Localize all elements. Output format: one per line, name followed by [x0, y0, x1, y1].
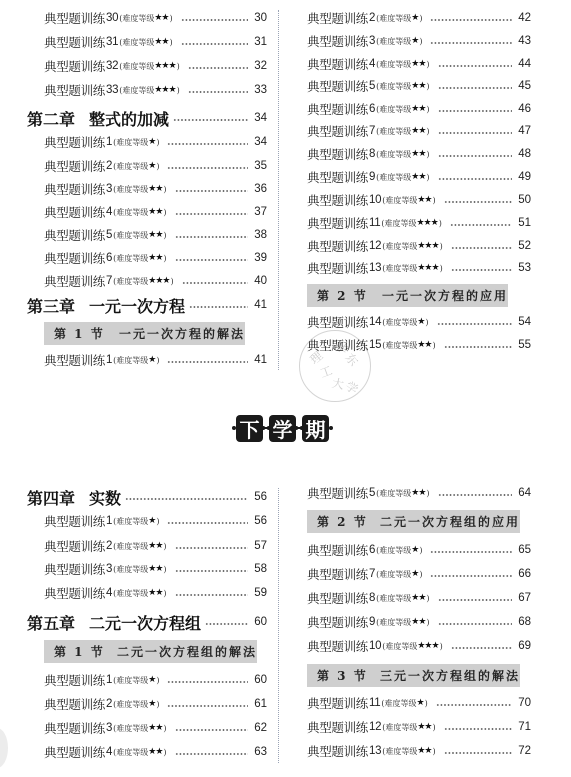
difficulty-label: (难度等级 [113, 207, 148, 218]
difficulty-label: (难度等级 [382, 241, 417, 252]
difficulty-close: ) [419, 14, 422, 23]
difficulty-label: (难度等级 [113, 541, 148, 552]
difficulty-close: ) [156, 162, 159, 171]
difficulty-stars: ★★ [154, 13, 168, 23]
difficulty-close: ) [440, 642, 443, 651]
page-number: 41 [254, 299, 267, 311]
section-heading[interactable]: 第 3 节三元一次方程组的解法 [307, 664, 520, 687]
toc-item[interactable]: 典型题训练4(难度等级★★)44 [307, 54, 531, 74]
chapter-number: 第二章 [27, 107, 75, 130]
page-number: 46 [518, 103, 531, 115]
dot-leader [438, 178, 513, 180]
item-number: 12 [369, 240, 381, 252]
difficulty-label: (难度等级 [119, 37, 154, 48]
dot-leader [438, 110, 513, 112]
dot-leader [437, 323, 513, 325]
section-number: 第 2 节 [317, 513, 368, 530]
difficulty-label: (难度等级 [119, 13, 154, 24]
difficulty-close: ) [426, 150, 429, 159]
section-title: 三元一次方程组的解法 [380, 667, 520, 684]
difficulty-stars: ★★ [148, 588, 162, 598]
page-number: 66 [518, 568, 531, 580]
item-number: 1 [106, 515, 112, 527]
section-title: 二元一次方程组的应用 [380, 513, 520, 530]
difficulty-stars: ★★ [411, 126, 425, 136]
section-number: 第 1 节 [54, 643, 105, 660]
item-title: 典型题训练 [44, 272, 105, 290]
item-number: 10 [369, 640, 381, 652]
difficulty-stars: ★ [148, 699, 155, 709]
section-heading[interactable]: 第 2 节一元一次方程的应用 [307, 284, 508, 307]
dot-leader [175, 190, 249, 192]
difficulty-stars: ★★ [411, 172, 425, 182]
difficulty-close: ) [419, 546, 422, 555]
difficulty-close: ) [163, 542, 166, 551]
difficulty-label: (难度等级 [113, 355, 148, 366]
difficulty-close: ) [163, 208, 166, 217]
page-number: 64 [518, 487, 531, 499]
difficulty-close: ) [426, 82, 429, 91]
dot-leader [175, 753, 249, 755]
dot-leader [175, 570, 249, 572]
page-number: 56 [254, 515, 267, 527]
toc-item[interactable]: 典型题训练1(难度等级★)60 [44, 670, 267, 690]
item-number: 4 [106, 587, 112, 599]
difficulty-label: (难度等级 [376, 13, 411, 24]
toc-item[interactable]: 典型题训练7(难度等级★★★)40 [44, 271, 267, 291]
difficulty-label: (难度等级 [113, 516, 148, 527]
item-title: 典型题训练 [44, 249, 105, 267]
difficulty-close: ) [425, 318, 428, 327]
item-title: 典型题训练 [44, 226, 105, 244]
difficulty-label: (难度等级 [376, 172, 411, 183]
difficulty-stars: ★ [417, 317, 424, 327]
difficulty-close: ) [439, 219, 442, 228]
difficulty-label: (难度等级 [376, 488, 411, 499]
difficulty-close: ) [419, 37, 422, 46]
dot-leader [450, 224, 512, 226]
toc-item[interactable]: 典型题训练33(难度等级★★★)33 [44, 80, 267, 100]
item-title: 典型题训练 [307, 214, 368, 232]
toc-item[interactable]: 典型题训练12(难度等级★★)71 [307, 717, 531, 737]
item-number: 12 [369, 721, 381, 733]
difficulty-label: (难度等级 [382, 195, 417, 206]
toc-item[interactable]: 典型题训练3(难度等级★★)36 [44, 179, 267, 199]
toc-item[interactable]: 典型题训练2(难度等级★)42 [307, 8, 531, 28]
item-number: 13 [369, 262, 381, 274]
page-number: 55 [518, 339, 531, 351]
chapter-title: 整式的加减 [89, 107, 169, 130]
difficulty-close: ) [419, 570, 422, 579]
item-title: 典型题训练 [44, 584, 105, 602]
dot-leader [444, 728, 513, 730]
item-number: 2 [106, 160, 112, 172]
item-title: 典型题训练 [44, 33, 105, 51]
page-number: 30 [254, 12, 267, 24]
chapter-entry[interactable]: 第二章整式的加减34 [27, 108, 267, 128]
difficulty-stars: ★★ [411, 593, 425, 603]
difficulty-close: ) [426, 489, 429, 498]
difficulty-close: ) [169, 38, 172, 47]
item-title: 典型题训练 [307, 742, 368, 760]
dot-leader [188, 67, 249, 69]
toc-item[interactable]: 典型题训练13(难度等级★★★)53 [307, 258, 531, 278]
page-number: 41 [254, 354, 267, 366]
dot-leader [438, 65, 513, 67]
difficulty-close: ) [156, 356, 159, 365]
toc-item[interactable]: 典型题训练31(难度等级★★)31 [44, 32, 267, 52]
chapter-entry[interactable]: 第三章一元一次方程41 [27, 295, 267, 315]
difficulty-stars: ★ [411, 36, 418, 46]
toc-item[interactable]: 典型题训练3(难度等级★★)58 [44, 559, 267, 579]
difficulty-close: ) [163, 231, 166, 240]
difficulty-stars: ★★ [411, 488, 425, 498]
page-number: 45 [518, 80, 531, 92]
toc-item[interactable]: 典型题训练9(难度等级★★)68 [307, 612, 531, 632]
toc-item[interactable]: 典型题训练6(难度等级★★)46 [307, 99, 531, 119]
toc-item[interactable]: 典型题训练1(难度等级★)34 [44, 132, 267, 152]
toc-item[interactable]: 典型题训练32(难度等级★★★)32 [44, 56, 267, 76]
toc-item[interactable]: 典型题训练6(难度等级★)65 [307, 540, 531, 560]
item-title: 典型题训练 [307, 313, 368, 331]
difficulty-label: (难度等级 [376, 149, 411, 160]
toc-item[interactable]: 典型题训练11(难度等级★)70 [307, 693, 531, 713]
column-divider-top [278, 10, 279, 370]
page-number: 36 [254, 183, 267, 195]
difficulty-stars: ★★ [148, 230, 162, 240]
difficulty-label: (难度等级 [376, 59, 411, 70]
item-title: 典型题训练 [44, 671, 105, 689]
page-corner-shadow [0, 728, 8, 768]
chapter-number: 第五章 [27, 611, 75, 634]
item-number: 7 [106, 275, 112, 287]
item-title: 典型题训练 [307, 237, 368, 255]
difficulty-stars: ★★ [417, 722, 431, 732]
column-divider-bottom [278, 488, 279, 763]
item-title: 典型题训练 [44, 695, 105, 713]
page-number: 69 [518, 640, 531, 652]
toc-item[interactable]: 典型题训练13(难度等级★★)72 [307, 741, 531, 761]
item-title: 典型题训练 [44, 9, 105, 27]
difficulty-label: (难度等级 [119, 61, 154, 72]
difficulty-close: ) [163, 589, 166, 598]
item-number: 3 [106, 563, 112, 575]
toc-item[interactable]: 典型题训练9(难度等级★★)49 [307, 167, 531, 187]
toc-item[interactable]: 典型题训练12(难度等级★★★)52 [307, 236, 531, 256]
item-title: 典型题训练 [307, 191, 368, 209]
item-number: 1 [106, 354, 112, 366]
difficulty-stars: ★★ [148, 541, 162, 551]
section-number: 第 3 节 [317, 667, 368, 684]
toc-item[interactable]: 典型题训练2(难度等级★)35 [44, 156, 267, 176]
difficulty-stars: ★★★ [417, 241, 438, 251]
difficulty-stars: ★★★ [148, 276, 169, 286]
dot-leader [167, 167, 248, 169]
item-title: 典型题训练 [307, 122, 368, 140]
page-number: 59 [254, 587, 267, 599]
chapter-title: 实数 [89, 486, 121, 509]
toc-item[interactable]: 典型题训练6(难度等级★★)39 [44, 248, 267, 268]
chapter-entry[interactable]: 第四章实数56 [27, 487, 267, 507]
section-number: 第 2 节 [317, 287, 368, 304]
item-title: 典型题训练 [44, 719, 105, 737]
section-heading[interactable]: 第 1 节一元一次方程的解法 [44, 322, 245, 345]
dot-leader [173, 119, 248, 121]
toc-item[interactable]: 典型题训练8(难度等级★★)48 [307, 144, 531, 164]
banner-endcap [329, 426, 333, 430]
page-number: 40 [254, 275, 267, 287]
dot-leader [175, 729, 249, 731]
toc-item[interactable]: 典型题训练14(难度等级★)54 [307, 312, 531, 332]
page-number: 39 [254, 252, 267, 264]
dot-leader [451, 647, 513, 649]
dot-leader [444, 201, 513, 203]
toc-item[interactable]: 典型题训练5(难度等级★★)45 [307, 76, 531, 96]
page-number: 72 [518, 745, 531, 757]
item-number: 2 [106, 698, 112, 710]
item-number: 9 [369, 171, 375, 183]
toc-item[interactable]: 典型题训练3(难度等级★)43 [307, 31, 531, 51]
dot-leader [181, 43, 249, 45]
toc-item[interactable]: 典型题训练1(难度等级★)56 [44, 511, 267, 531]
page-number: 32 [254, 60, 267, 72]
difficulty-stars: ★★ [148, 253, 162, 263]
page-number: 61 [254, 698, 267, 710]
page-number: 51 [518, 217, 531, 229]
difficulty-stars: ★★ [411, 59, 425, 69]
toc-item[interactable]: 典型题训练1(难度等级★)41 [44, 350, 267, 370]
item-number: 5 [369, 487, 375, 499]
dot-leader [438, 494, 513, 496]
dot-leader [438, 87, 513, 89]
difficulty-label: (难度等级 [376, 593, 411, 604]
difficulty-stars: ★★ [148, 207, 162, 217]
difficulty-stars: ★ [411, 13, 418, 23]
item-title: 典型题训练 [307, 541, 368, 559]
difficulty-stars: ★★ [148, 747, 162, 757]
page-number: 67 [518, 592, 531, 604]
item-title: 典型题训练 [44, 81, 105, 99]
toc-item[interactable]: 典型题训练2(难度等级★)61 [44, 694, 267, 714]
item-number: 2 [106, 540, 112, 552]
difficulty-label: (难度等级 [382, 722, 417, 733]
toc-item[interactable]: 典型题训练8(难度等级★★)67 [307, 588, 531, 608]
difficulty-close: ) [163, 724, 166, 733]
difficulty-close: ) [156, 517, 159, 526]
page-number: 63 [254, 746, 267, 758]
toc-item[interactable]: 典型题训练7(难度等级★★)47 [307, 121, 531, 141]
page-number: 65 [518, 544, 531, 556]
item-title: 典型题训练 [307, 565, 368, 583]
difficulty-label: (难度等级 [382, 641, 417, 652]
dot-leader [167, 143, 248, 145]
page-number: 70 [518, 697, 531, 709]
item-number: 3 [106, 722, 112, 734]
difficulty-stars: ★ [148, 137, 155, 147]
dot-leader [444, 346, 513, 348]
difficulty-stars: ★ [411, 569, 418, 579]
page-number: 68 [518, 616, 531, 628]
chapter-number: 第三章 [27, 294, 75, 317]
item-number: 5 [369, 80, 375, 92]
difficulty-stars: ★ [148, 675, 155, 685]
page-number: 33 [254, 84, 267, 96]
dot-leader [438, 623, 513, 625]
page-number: 56 [254, 491, 267, 503]
difficulty-close: ) [163, 185, 166, 194]
section-title: 一元一次方程的应用 [382, 287, 508, 304]
toc-item[interactable]: 典型题训练30(难度等级★★)30 [44, 8, 267, 28]
item-title: 典型题训练 [44, 203, 105, 221]
difficulty-close: ) [426, 127, 429, 136]
item-title: 典型题训练 [307, 637, 368, 655]
chapter-title: 一元一次方程 [89, 294, 185, 317]
item-number: 33 [106, 84, 118, 96]
difficulty-stars: ★★ [154, 37, 168, 47]
toc-item[interactable]: 典型题训练5(难度等级★★)38 [44, 225, 267, 245]
dot-leader [430, 42, 512, 44]
difficulty-label: (难度等级 [113, 276, 148, 287]
item-number: 8 [369, 592, 375, 604]
item-number: 3 [369, 35, 375, 47]
difficulty-stars: ★★★ [417, 263, 438, 273]
item-number: 15 [369, 339, 381, 351]
dot-leader [189, 306, 248, 308]
page-number: 38 [254, 229, 267, 241]
difficulty-stars: ★ [416, 698, 423, 708]
item-title: 典型题训练 [307, 9, 368, 27]
banner-link [263, 427, 269, 429]
difficulty-close: ) [432, 723, 435, 732]
section-title: 二元一次方程组的解法 [117, 643, 257, 660]
toc-item[interactable]: 典型题训练10(难度等级★★)50 [307, 190, 531, 210]
difficulty-stars: ★★ [411, 81, 425, 91]
chapter-entry[interactable]: 第五章二元一次方程组60 [27, 612, 267, 632]
toc-item[interactable]: 典型题训练7(难度等级★)66 [307, 564, 531, 584]
dot-leader [438, 599, 513, 601]
toc-item[interactable]: 典型题训练10(难度等级★★★)69 [307, 636, 531, 656]
toc-item[interactable]: 典型题训练4(难度等级★★)37 [44, 202, 267, 222]
toc-item[interactable]: 典型题训练11(难度等级★★★)51 [307, 213, 531, 233]
difficulty-label: (难度等级 [113, 699, 148, 710]
difficulty-label: (难度等级 [376, 81, 411, 92]
dot-leader [451, 247, 513, 249]
difficulty-close: ) [156, 138, 159, 147]
page-number: 42 [518, 12, 531, 24]
item-title: 典型题训练 [307, 259, 368, 277]
toc-item[interactable]: 典型题训练3(难度等级★★)62 [44, 718, 267, 738]
item-title: 典型题训练 [44, 537, 105, 555]
page-number: 71 [518, 721, 531, 733]
item-number: 11 [369, 697, 380, 709]
difficulty-stars: ★★ [148, 184, 162, 194]
difficulty-stars: ★★★ [154, 85, 175, 95]
page-number: 34 [254, 112, 267, 124]
page-number: 44 [518, 58, 531, 70]
dot-leader [167, 361, 248, 363]
dot-leader [167, 705, 248, 707]
item-title: 典型题训练 [44, 133, 105, 151]
difficulty-stars: ★★ [411, 617, 425, 627]
difficulty-stars: ★★ [411, 104, 425, 114]
item-number: 4 [369, 58, 375, 70]
difficulty-stars: ★ [148, 516, 155, 526]
toc-item[interactable]: 典型题训练4(难度等级★★)59 [44, 583, 267, 603]
difficulty-label: (难度等级 [382, 746, 417, 757]
difficulty-stars: ★★ [411, 149, 425, 159]
difficulty-label: (难度等级 [113, 588, 148, 599]
page-number: 52 [518, 240, 531, 252]
difficulty-label: (难度等级 [381, 218, 416, 229]
difficulty-label: (难度等级 [113, 723, 148, 734]
dot-leader [451, 269, 513, 271]
dot-leader [444, 752, 513, 754]
item-title: 典型题训练 [307, 145, 368, 163]
difficulty-stars: ★ [148, 161, 155, 171]
item-title: 典型题训练 [44, 57, 105, 75]
difficulty-close: ) [426, 594, 429, 603]
item-title: 典型题训练 [44, 512, 105, 530]
toc-item[interactable]: 典型题训练5(难度等级★★)64 [307, 483, 531, 503]
toc-item[interactable]: 典型题训练4(难度等级★★)63 [44, 742, 267, 762]
semester-banner-second-term: 下 学 期 [232, 413, 333, 443]
page-number: 47 [518, 125, 531, 137]
item-number: 4 [106, 206, 112, 218]
toc-item[interactable]: 典型题训练2(难度等级★★)57 [44, 536, 267, 556]
section-heading[interactable]: 第 1 节二元一次方程组的解法 [44, 640, 257, 663]
section-title: 一元一次方程的解法 [119, 325, 245, 342]
difficulty-label: (难度等级 [381, 698, 416, 709]
difficulty-label: (难度等级 [113, 230, 148, 241]
item-title: 典型题训练 [307, 77, 368, 95]
toc-item[interactable]: 典型题训练15(难度等级★★)55 [307, 335, 531, 355]
difficulty-stars: ★ [148, 355, 155, 365]
item-number: 2 [369, 12, 375, 24]
page-number: 49 [518, 171, 531, 183]
item-title: 典型题训练 [44, 560, 105, 578]
item-number: 13 [369, 745, 381, 757]
dot-leader [175, 594, 249, 596]
dot-leader [182, 282, 249, 284]
difficulty-stars: ★ [411, 545, 418, 555]
difficulty-close: ) [425, 699, 428, 708]
page-number: 48 [518, 148, 531, 160]
item-title: 典型题训练 [307, 718, 368, 736]
page-number: 60 [254, 674, 267, 686]
page-number: 60 [254, 616, 267, 628]
section-heading[interactable]: 第 2 节二元一次方程组的应用 [307, 510, 520, 533]
chapter-number: 第四章 [27, 486, 75, 509]
dot-leader [175, 236, 249, 238]
difficulty-close: ) [426, 173, 429, 182]
difficulty-label: (难度等级 [376, 617, 411, 628]
page-number: 53 [518, 262, 531, 274]
item-number: 1 [106, 136, 112, 148]
page-number: 43 [518, 35, 531, 47]
item-number: 30 [106, 12, 118, 24]
dot-leader [175, 259, 249, 261]
item-number: 1 [106, 674, 112, 686]
difficulty-close: ) [177, 62, 180, 71]
difficulty-close: ) [432, 747, 435, 756]
difficulty-label: (难度等级 [113, 137, 148, 148]
difficulty-label: (难度等级 [382, 263, 417, 274]
dot-leader [175, 213, 249, 215]
page-number: 54 [518, 316, 531, 328]
difficulty-stars: ★★★ [417, 641, 438, 651]
item-title: 典型题训练 [307, 613, 368, 631]
dot-leader [188, 91, 249, 93]
